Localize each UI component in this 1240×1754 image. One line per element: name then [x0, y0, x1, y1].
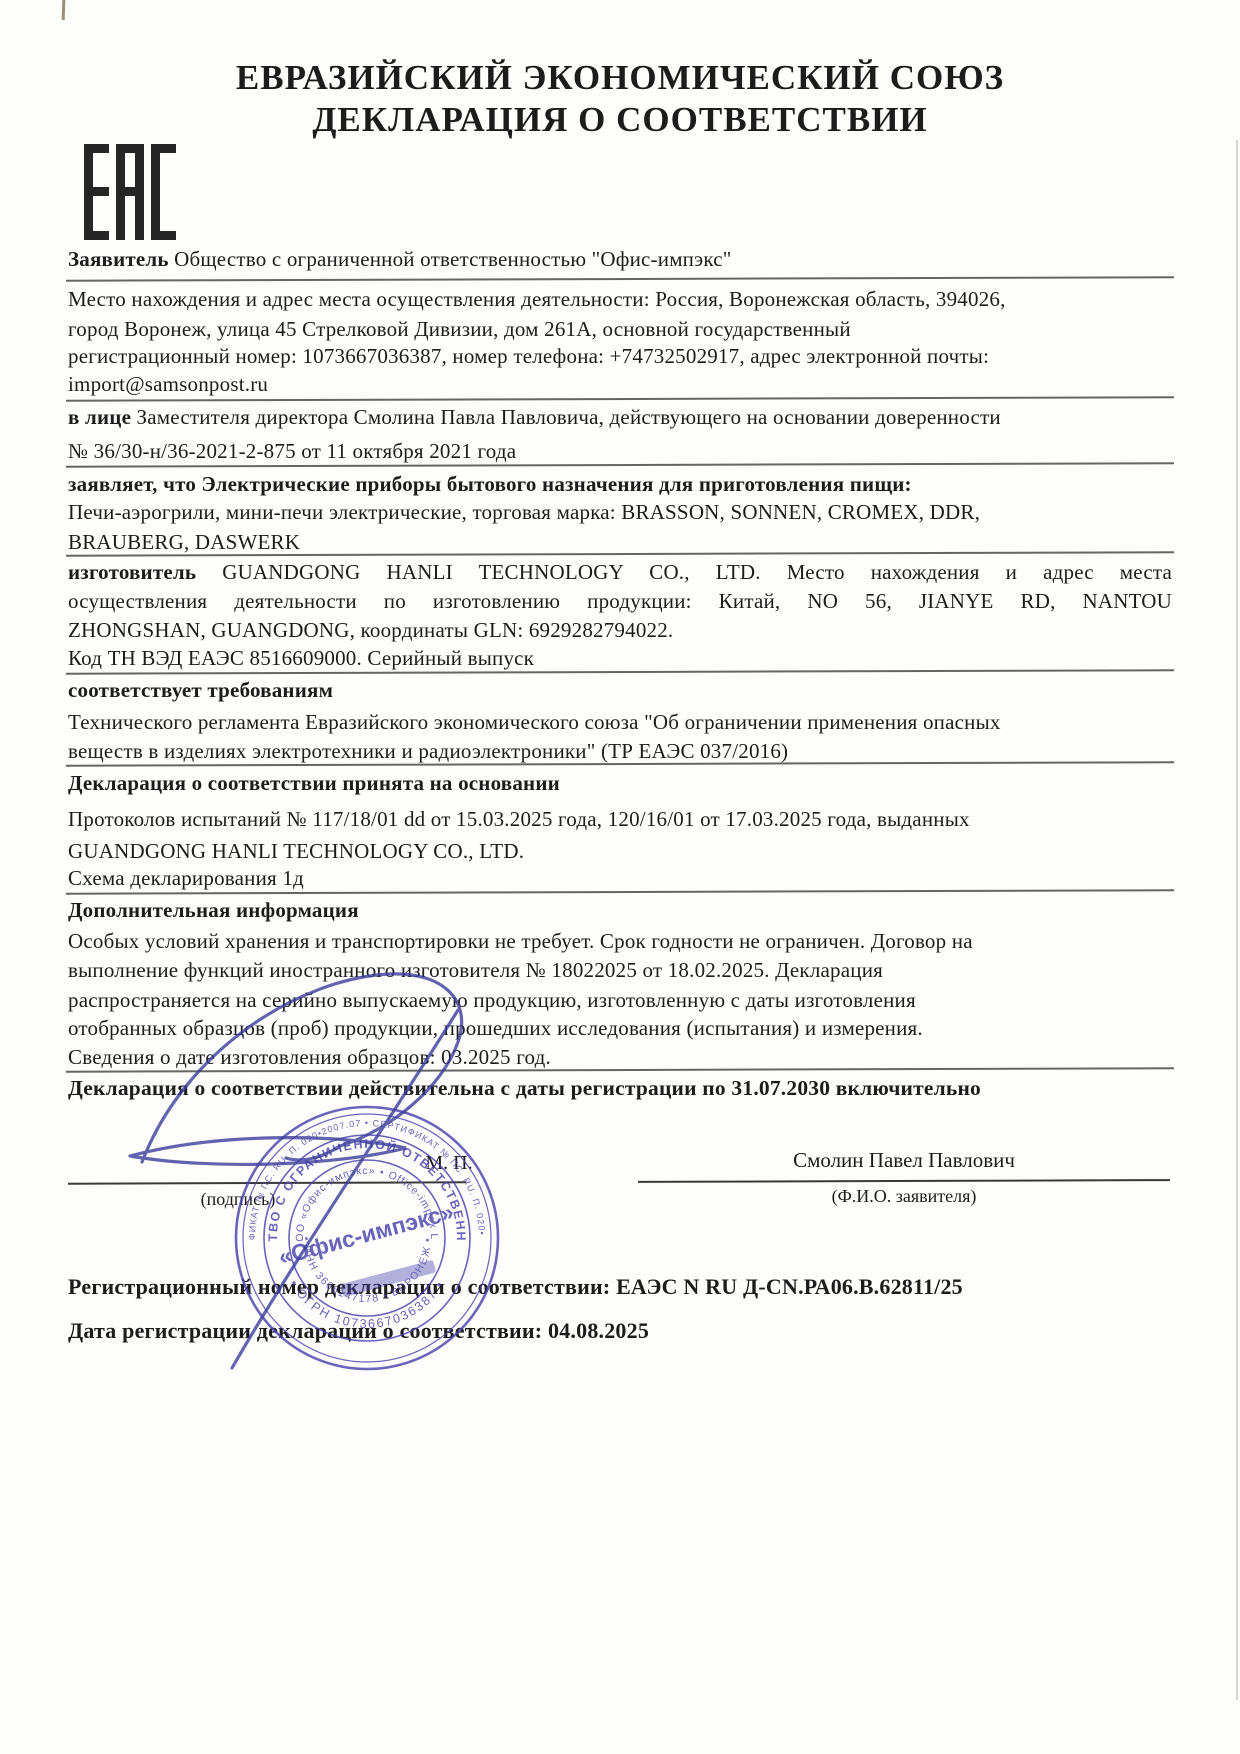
manufacturer-name: GUANDGONG HANLI TECHNOLOGY CO., LTD. Мес… — [222, 560, 1172, 584]
scan-artifact-edge-line — [1236, 140, 1238, 1700]
basis-heading: Декларация о соответствии принята на осн… — [68, 770, 1172, 796]
additional-info-heading: Дополнительная информация — [68, 897, 1172, 923]
manufacturer-address-line: осуществления деятельности по изготовлен… — [68, 588, 1172, 614]
applicant-row: Заявитель Общество с ограниченной ответс… — [68, 246, 1172, 272]
manufacturer-row: изготовитель GUANDGONG HANLI TECHNOLOGY … — [68, 559, 1172, 585]
representative-row: в лице Заместителя директора Смолина Пав… — [68, 404, 1172, 430]
declares-heading: заявляет, что Электрические приборы быто… — [68, 471, 1172, 497]
representative-text: Заместителя директора Смолина Павла Павл… — [137, 405, 1001, 429]
applicant-label: Заявитель — [68, 247, 169, 271]
compliance-heading: соответствует требованиям — [68, 677, 1172, 703]
applicant-name-line — [638, 1179, 1170, 1183]
declaration-scheme-line: Схема декларирования 1д — [68, 865, 1172, 891]
divider — [66, 396, 1174, 401]
address-line: регистрационный номер: 1073667036387, но… — [68, 343, 1172, 369]
manufacturer-gln-line: ZHONGSHAN, GUANGDONG, координаты GLN: 69… — [68, 617, 1172, 643]
representative-poa-line: № 36/30-н/36-2021-2-875 от 11 октября 20… — [68, 438, 1172, 464]
page-title-line1: ЕВРАЗИЙСКИЙ ЭКОНОМИЧЕСКИЙ СОЮЗ — [68, 58, 1172, 98]
applicant-name-caption: (Ф.И.О. заявителя) — [638, 1186, 1170, 1207]
address-line: Место нахождения и адрес места осуществл… — [68, 286, 1172, 312]
eac-logo — [84, 144, 176, 240]
scan-artifact-pen-mark — [62, 0, 66, 20]
registration-date-value: 04.08.2025 — [548, 1318, 649, 1343]
signature-scribble — [90, 950, 510, 1380]
address-line: город Воронеж, улица 45 Стрелковой Дивиз… — [68, 316, 1172, 342]
applicant-signatory-name: Смолин Павел Павлович — [638, 1148, 1170, 1173]
address-line-email: import@samsonpost.ru — [68, 371, 1172, 397]
basis-line: GUANDGONG HANLI TECHNOLOGY CO., LTD. — [68, 838, 1172, 864]
compliance-line: Технического регламента Евразийского эко… — [68, 709, 1172, 735]
divider — [66, 276, 1174, 281]
manufacturer-label: изготовитель — [68, 560, 196, 584]
document-page: ЕВРАЗИЙСКИЙ ЭКОНОМИЧЕСКИЙ СОЮЗ ДЕКЛАРАЦИ… — [0, 0, 1240, 1754]
basis-line: Протоколов испытаний № 117/18/01 dd от 1… — [68, 806, 1172, 832]
representative-label: в лице — [68, 405, 131, 429]
page-title-line2: ДЕКЛАРАЦИЯ О СООТВЕТСТВИИ — [68, 100, 1172, 140]
applicant-value: Общество с ограниченной ответственностью… — [174, 247, 731, 271]
customs-code-line: Код ТН ВЭД ЕАЭС 8516609000. Серийный вып… — [68, 645, 1172, 671]
product-line: Печи-аэрогрили, мини-печи электрические,… — [68, 499, 1172, 525]
compliance-line: веществ в изделиях электротехники и ради… — [68, 738, 1172, 764]
registration-number-value: ЕАЭС N RU Д-CN.РА06.В.62811/25 — [616, 1274, 963, 1299]
